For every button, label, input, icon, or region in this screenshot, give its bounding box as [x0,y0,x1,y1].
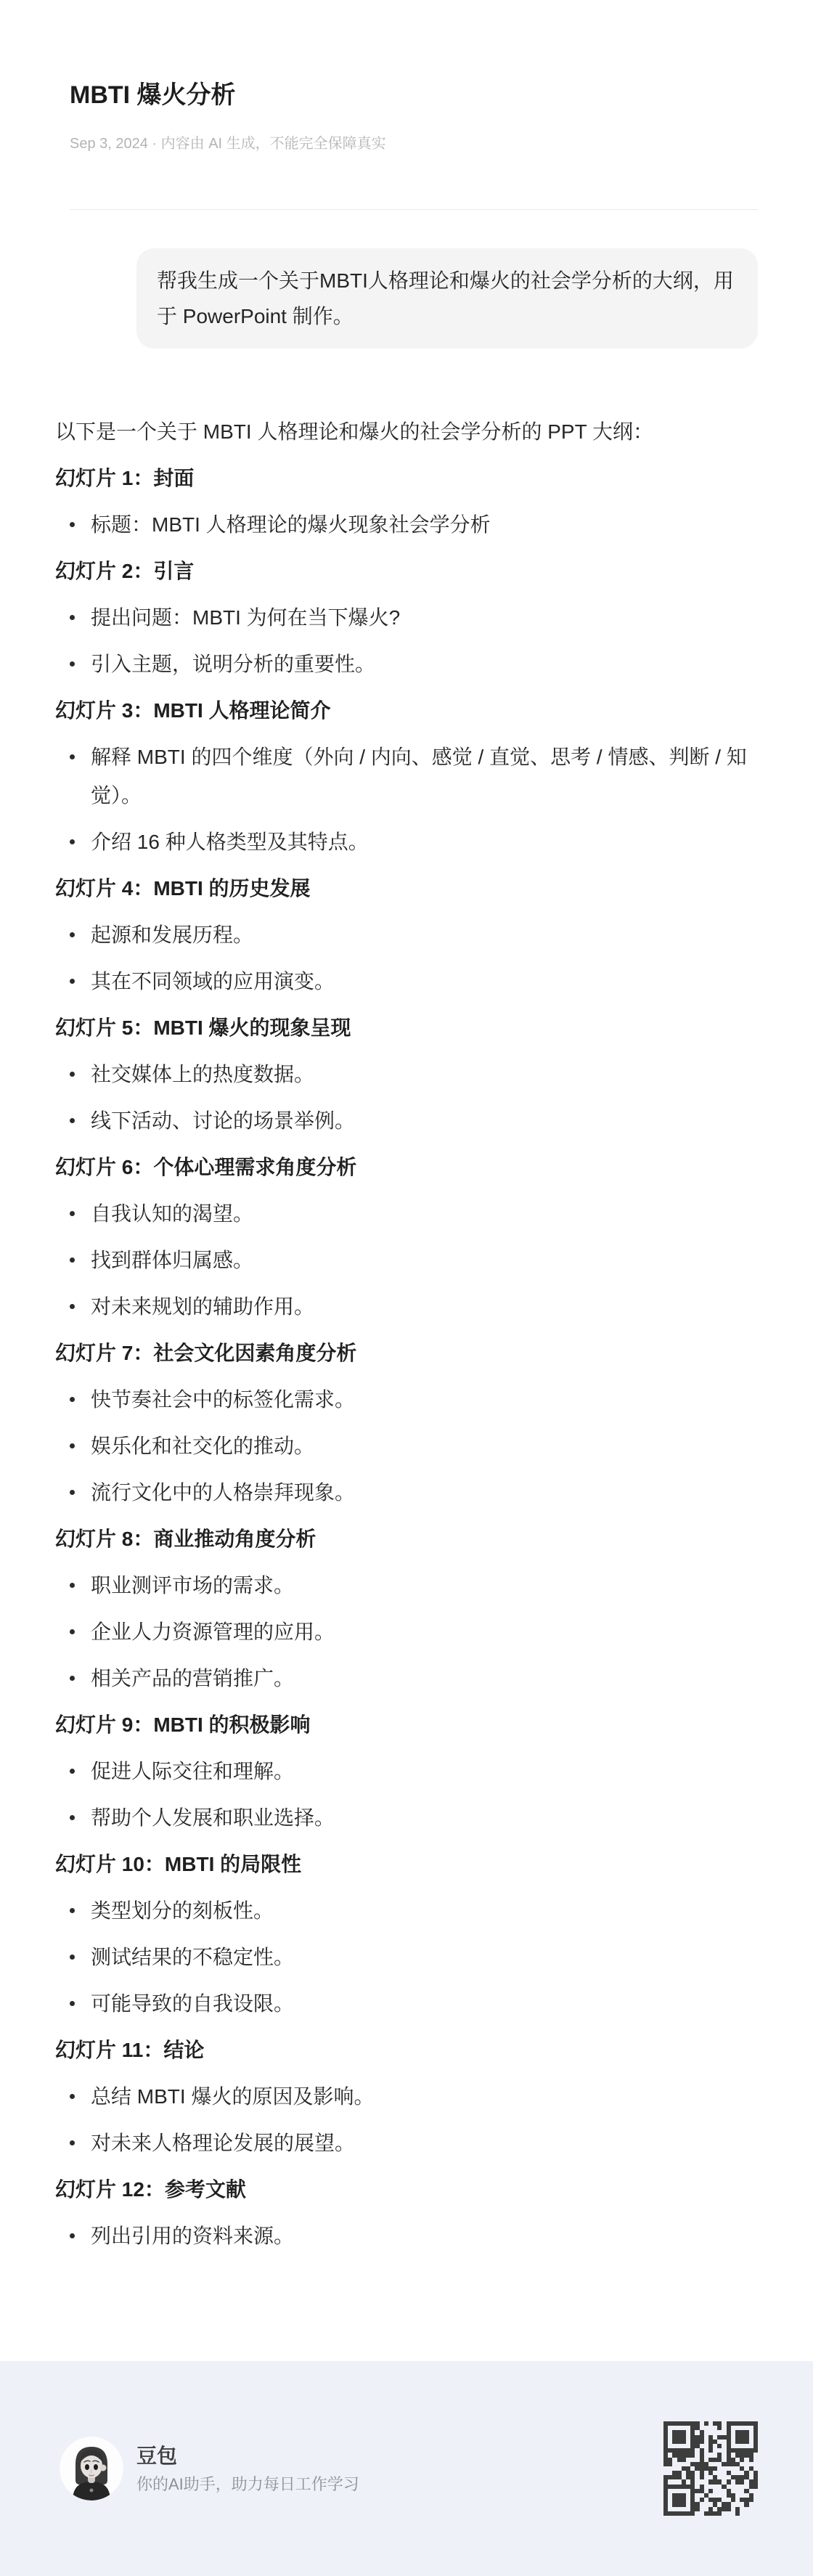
bullet-item: 介绍 16 种人格类型及其特点。 [55,823,758,861]
bullet-text: 标题：MBTI 人格理论的爆火现象社会学分析 [91,513,491,536]
bullet-text: 找到群体归属感。 [91,1249,253,1271]
user-message-bubble: 帮我生成一个关于MBTI人格理论和爆火的社会学分析的大纲，用于 PowerPoi… [136,248,758,349]
slide-heading: 幻灯片 12：参考文献 [55,2170,758,2209]
bullet-item: 相关产品的营销推广。 [55,1659,758,1697]
bullet-item: 社交媒体上的热度数据。 [55,1055,758,1093]
slide-heading: 幻灯片 2：引言 [55,552,758,590]
bullet-item: 找到群体归属感。 [55,1241,758,1279]
bullet-dot-icon [70,1629,75,1634]
bullet-dot-icon [70,661,75,667]
bullet-dot-icon [70,979,75,984]
bullet-item: 可能导致的自我设限。 [55,1984,758,2023]
bullet-text: 起源和发展历程。 [91,924,253,946]
bullet-text: 测试结果的不稳定性。 [91,1946,294,1968]
bullet-text: 解释 MBTI 的四个维度（外向 / 内向、感觉 / 直觉、思考 / 情感、判断… [91,746,747,807]
bullet-text: 线下活动、讨论的场景举例。 [91,1109,355,1132]
bullet-item: 对未来规划的辅助作用。 [55,1287,758,1326]
bullet-text: 列出引用的资料来源。 [91,2225,294,2247]
bullet-item: 娱乐化和社交化的推动。 [55,1427,758,1465]
bullet-text: 娱乐化和社交化的推动。 [91,1435,314,1457]
chat-transcript: 帮我生成一个关于MBTI人格理论和爆火的社会学分析的大纲，用于 PowerPoi… [0,210,813,2263]
bullet-text: 社交媒体上的热度数据。 [91,1063,314,1085]
bullet-text: 对未来规划的辅助作用。 [91,1295,314,1318]
bullet-item: 解释 MBTI 的四个维度（外向 / 内向、感觉 / 直觉、思考 / 情感、判断… [55,738,758,815]
slide-heading: 幻灯片 9：MBTI 的积极影响 [55,1705,758,1744]
user-message-row: 帮我生成一个关于MBTI人格理论和爆火的社会学分析的大纲，用于 PowerPoi… [55,248,758,349]
bullet-item: 对未来人格理论发展的展望。 [55,2124,758,2162]
bullet-dot-icon [70,1072,75,1077]
slide-heading: 幻灯片 7：社会文化因素角度分析 [55,1334,758,1372]
bullet-item: 标题：MBTI 人格理论的爆火现象社会学分析 [55,505,758,544]
bullet-text: 流行文化中的人格崇拜现象。 [91,1481,355,1504]
bullet-dot-icon [70,1490,75,1495]
page-header: MBTI 爆火分析 Sep 3, 2024 · 内容由 AI 生成，不能完全保障… [0,0,813,210]
bullet-dot-icon [70,1118,75,1123]
brand-text: 豆包 你的AI助手，助力每日工作学习 [136,2444,359,2494]
bullet-dot-icon [70,2233,75,2238]
bullet-dot-icon [70,1769,75,1774]
bullet-text: 可能导致的自我设限。 [91,1992,294,2015]
bullet-text: 提出问题：MBTI 为何在当下爆火? [91,606,400,629]
bullet-text: 促进人际交往和理解。 [91,1760,294,1782]
page-footer: 豆包 你的AI助手，助力每日工作学习 [0,2361,813,2576]
slide-heading: 幻灯片 3：MBTI 人格理论简介 [55,691,758,730]
qr-code-icon [663,2421,758,2516]
bullet-dot-icon [70,1955,75,1960]
page-meta: Sep 3, 2024 · 内容由 AI 生成，不能完全保障真实 [70,134,758,154]
bullet-dot-icon [70,754,75,759]
page-title: MBTI 爆火分析 [70,77,758,113]
bullet-item: 测试结果的不稳定性。 [55,1938,758,1976]
bullet-text: 对未来人格理论发展的展望。 [91,2132,355,2154]
slide-heading: 幻灯片 4：MBTI 的历史发展 [55,869,758,908]
slide-heading: 幻灯片 5：MBTI 爆火的现象呈现 [55,1008,758,1047]
slide-heading: 幻灯片 6：个体心理需求角度分析 [55,1148,758,1186]
bullet-item: 促进人际交往和理解。 [55,1752,758,1790]
bullet-text: 其在不同领域的应用演变。 [91,970,335,993]
bullet-dot-icon [70,522,75,527]
bullet-item: 线下活动、讨论的场景举例。 [55,1101,758,1140]
bullet-dot-icon [70,1304,75,1309]
bullet-dot-icon [70,1258,75,1263]
bullet-dot-icon [70,932,75,937]
bullet-text: 职业测评市场的需求。 [91,1574,294,1597]
slide-heading: 幻灯片 11：结论 [55,2031,758,2069]
bullet-text: 自我认知的渴望。 [91,1202,253,1225]
bullet-dot-icon [70,1908,75,1913]
bullet-item: 类型划分的刻板性。 [55,1891,758,1930]
bullet-item: 提出问题：MBTI 为何在当下爆火? [55,598,758,637]
slide-heading: 幻灯片 10：MBTI 的局限性 [55,1845,758,1883]
bullet-item: 自我认知的渴望。 [55,1194,758,1233]
bullet-item: 总结 MBTI 爆火的原因及影响。 [55,2077,758,2116]
bullet-item: 职业测评市场的需求。 [55,1566,758,1605]
bullet-dot-icon [70,1815,75,1820]
bullet-dot-icon [70,839,75,844]
answer-intro: 以下是一个关于 MBTI 人格理论和爆火的社会学分析的 PPT 大纲： [55,412,758,451]
bullet-item: 其在不同领域的应用演变。 [55,962,758,1000]
bullet-item: 列出引用的资料来源。 [55,2217,758,2255]
brand-name: 豆包 [136,2444,359,2469]
doubao-avatar-icon [60,2437,123,2500]
bullet-text: 引入主题，说明分析的重要性。 [91,653,375,675]
bullet-text: 类型划分的刻板性。 [91,1899,274,1922]
bullet-text: 相关产品的营销推广。 [91,1667,294,1690]
bullet-dot-icon [70,615,75,620]
share-page: MBTI 爆火分析 Sep 3, 2024 · 内容由 AI 生成，不能完全保障… [0,0,813,2576]
brand-tagline: 你的AI助手，助力每日工作学习 [136,2475,359,2494]
assistant-answer: 以下是一个关于 MBTI 人格理论和爆火的社会学分析的 PPT 大纲： 幻灯片 … [55,412,758,2255]
brand-block: 豆包 你的AI助手，助力每日工作学习 [60,2437,359,2500]
bullet-text: 快节奏社会中的标签化需求。 [91,1388,355,1411]
bullet-dot-icon [70,2094,75,2099]
bullet-item: 流行文化中的人格崇拜现象。 [55,1473,758,1512]
bullet-item: 快节奏社会中的标签化需求。 [55,1380,758,1419]
bullet-item: 引入主题，说明分析的重要性。 [55,645,758,683]
bullet-dot-icon [70,2140,75,2145]
bullet-dot-icon [70,1211,75,1216]
slide-heading: 幻灯片 8：商业推动角度分析 [55,1520,758,1558]
bullet-item: 企业人力资源管理的应用。 [55,1613,758,1651]
bullet-item: 起源和发展历程。 [55,916,758,954]
bullet-text: 总结 MBTI 爆火的原因及影响。 [91,2085,374,2108]
bullet-dot-icon [70,1676,75,1681]
user-message-text: 帮我生成一个关于MBTI人格理论和爆火的社会学分析的大纲，用于 PowerPoi… [157,269,734,327]
bullet-dot-icon [70,1443,75,1448]
slide-heading: 幻灯片 1：封面 [55,459,758,497]
bullet-dot-icon [70,1583,75,1588]
answer-sections: 幻灯片 1：封面标题：MBTI 人格理论的爆火现象社会学分析幻灯片 2：引言提出… [55,459,758,2255]
bullet-text: 帮助个人发展和职业选择。 [91,1806,335,1829]
bullet-item: 帮助个人发展和职业选择。 [55,1798,758,1837]
bullet-dot-icon [70,1397,75,1402]
bullet-dot-icon [70,2001,75,2006]
bullet-text: 企业人力资源管理的应用。 [91,1621,335,1643]
bullet-text: 介绍 16 种人格类型及其特点。 [91,831,369,853]
